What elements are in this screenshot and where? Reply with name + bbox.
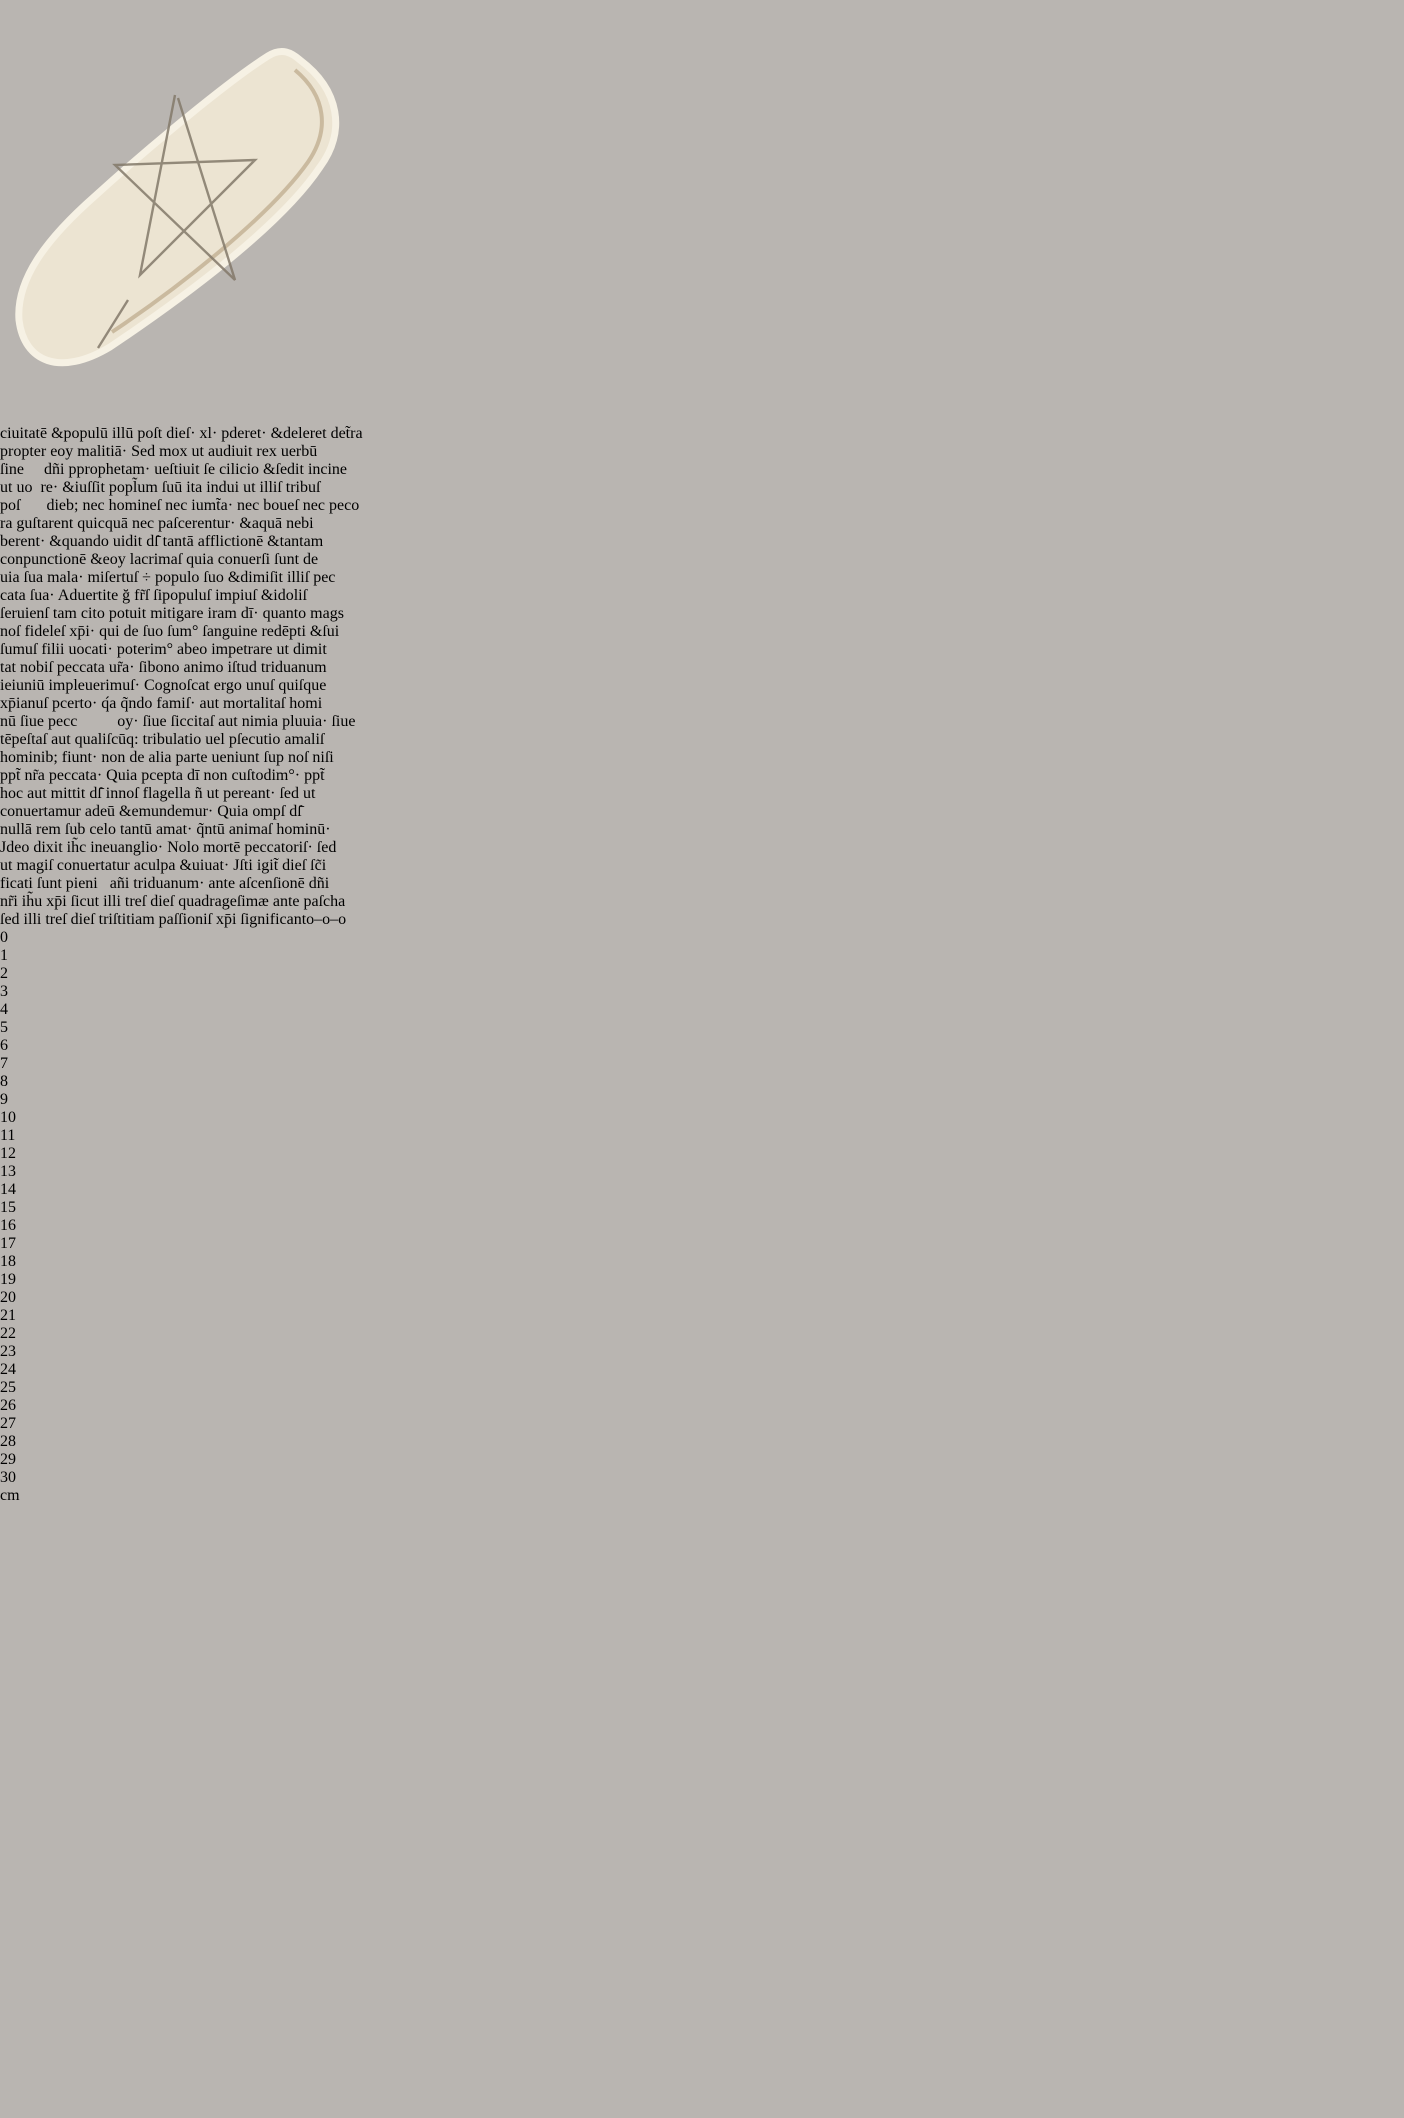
rubricated-letter: S (131, 443, 140, 460)
text-block: ciuitatē &populū illū poſt dieſ· xl· pde… (0, 425, 1404, 929)
manuscript-text: hoc aut mittit dſ̄ innoſ flagella ñ ut p… (0, 785, 315, 802)
manuscript-text: ra guſtarent quicquā nec paſcerentur· &a… (0, 515, 314, 532)
manuscript-line: nr̃i ih̃u xp̄i ſicut illi treſ dieſ quad… (0, 893, 1404, 911)
ruler-number: 7 (0, 1055, 1404, 1073)
ruler-number: 10 (0, 1109, 1404, 1127)
manuscript-text: duertite ğ fr̃ſ ſipopuluſ impiuſ &idoliſ (69, 587, 307, 604)
manuscript-text: hominib; fiunt· non de alia parte ueniun… (0, 749, 334, 766)
manuscript-line: ſeruienſ tam cito potuit mitigare iram d… (0, 605, 1404, 623)
hole-torn-edge (19, 51, 336, 362)
ruler-number: 29 (0, 1451, 1404, 1469)
rubricated-letter: C (144, 677, 155, 694)
ruler-number: 5 (0, 1019, 1404, 1037)
ruler-number: 28 (0, 1433, 1404, 1451)
manuscript-line: berent· &quando uidit dſ̄ tantā afflicti… (0, 533, 1404, 551)
manuscript-text: ut uo (0, 479, 32, 496)
manuscript-text: ſti igit̃ dieſ ſc̃i (239, 857, 326, 874)
ruler-number: 21 (0, 1307, 1404, 1325)
manuscript-line: ppt̃ nr̃a peccata· Quia pcepta dī non cu… (0, 767, 1404, 785)
ruler-number: 20 (0, 1289, 1404, 1307)
manuscript-text: ciuitatē &populū illū poſt dieſ· xl· pde… (0, 425, 363, 442)
manuscript-text: ſine (0, 461, 24, 478)
manuscript-line: ſed illi treſ dieſ triſtitiam paſſioniſ … (0, 911, 1404, 929)
manuscript-line: nullā rem ſub celo tantū amat· q̃ntū ani… (0, 821, 1404, 839)
ruler-number: 0 (0, 929, 1404, 947)
ruler-number: 1 (0, 947, 1404, 965)
ruler-number: 18 (0, 1253, 1404, 1271)
manuscript-text: nullā rem ſub celo tantū amat· q̃ntū ani… (0, 821, 331, 838)
ruler-number: 19 (0, 1271, 1404, 1289)
manuscript-text: añi triduanum· ante aſcenſionē dñi (110, 875, 329, 892)
manuscript-text: uia pcepta dī non cuſtodim°· ppt̃ (118, 767, 325, 784)
manuscript-line: poſdieb; nec homineſ nec iumt̃a· nec bou… (0, 497, 1404, 515)
ruler-number: 23 (0, 1343, 1404, 1361)
manuscript-text: ficati ſunt pieni (0, 875, 98, 892)
ruler-number: 8 (0, 1073, 1404, 1091)
ruler-number: 25 (0, 1379, 1404, 1397)
ruler-unit-label: cm (0, 1487, 1404, 1505)
ruler-number: 22 (0, 1325, 1404, 1343)
manuscript-text: oy· ſiue ſiccitaſ aut nimia pluuia· ſiue (117, 713, 355, 730)
manuscript-text: ſed illi treſ dieſ triſtitiam paſſioniſ … (0, 911, 306, 928)
manuscript-text: cata ſua· (0, 587, 58, 604)
ruler-number: 17 (0, 1235, 1404, 1253)
ruler-number: 27 (0, 1415, 1404, 1433)
manuscript-line: ciuitatē &populū illū poſt dieſ· xl· pde… (0, 425, 1404, 443)
photo-backdrop: ciuitatē &populū illū poſt dieſ· xl· pde… (0, 0, 1404, 2118)
manuscript-line: propter eoy malitiā· Sed mox ut audiuit … (0, 443, 1404, 461)
ruler-number: 11 (0, 1127, 1404, 1145)
manuscript-line: ſumuſ filii uocati· poterim° abeo impetr… (0, 641, 1404, 659)
manuscript-line: ſinedñi pprophetam· ueſtiuit ſe cilicio … (0, 461, 1404, 479)
manuscript-line: tat nobiſ peccata ur̃a· ſibono animo iſt… (0, 659, 1404, 677)
manuscript-text: dñi pprophetam· ueſtiuit ſe cilicio &ſed… (44, 461, 347, 478)
ruler-number: 4 (0, 1001, 1404, 1019)
manuscript-line: tēpeſtaſ aut qualiſcūq: tribulatio uel p… (0, 731, 1404, 749)
manuscript-line: conuertamur adeū &emundemur· Quia ompſ d… (0, 803, 1404, 821)
manuscript-text: ut magiſ conuertatur aculpa &uiuat· (0, 857, 233, 874)
manuscript-line: xp̄ianuſ pcerto· q́a q̃ndo famiſ· aut mo… (0, 695, 1404, 713)
rubricated-letter: o–o–o (306, 911, 346, 928)
ruler-number: 13 (0, 1163, 1404, 1181)
manuscript-line: hoc aut mittit dſ̄ innoſ flagella ñ ut p… (0, 785, 1404, 803)
ruler-number: 16 (0, 1217, 1404, 1235)
manuscript-text: ognoſcat ergo unuſ quiſque (155, 677, 327, 694)
ruler-number: 14 (0, 1181, 1404, 1199)
ruler-number: 3 (0, 983, 1404, 1001)
manuscript-text: ieiuniū impleuerimuſ· (0, 677, 144, 694)
manuscript-line: ficati ſunt pieniañi triduanum· ante aſc… (0, 875, 1404, 893)
manuscript-text: dieb; nec homineſ nec iumt̃a· nec boueſ … (46, 497, 359, 514)
manuscript-text: tat nobiſ peccata ur̃a· ſibono animo iſt… (0, 659, 327, 676)
manuscript-line: ut magiſ conuertatur aculpa &uiuat· Jſti… (0, 857, 1404, 875)
manuscript-text: conuertamur adeū &emundemur· Quia ompſ d… (0, 803, 302, 820)
manuscript-text: propter eoy malitiā· (0, 443, 131, 460)
ruler-number: 12 (0, 1145, 1404, 1163)
manuscript-line: nū ſiue peccoy· ſiue ſiccitaſ aut nimia … (0, 713, 1404, 731)
ruler-number: 24 (0, 1361, 1404, 1379)
manuscript-text: ed mox ut audiuit rex uerbū (140, 443, 317, 460)
manuscript-text: xp̄ianuſ pcerto· q́a q̃ndo famiſ· aut mo… (0, 695, 322, 712)
manuscript-text: poſ (0, 497, 20, 514)
manuscript-text: re· &iuſſit popl̃um ſuū ita indui ut ill… (40, 479, 320, 496)
manuscript-line: hominib; fiunt· non de alia parte ueniun… (0, 749, 1404, 767)
ruler-number: 30 (0, 1469, 1404, 1487)
manuscript-text: ſeruienſ tam cito potuit mitigare iram d… (0, 605, 344, 622)
manuscript-text: nr̃i ih̃u xp̄i ſicut illi treſ dieſ quad… (0, 893, 345, 910)
ruler-number: 2 (0, 965, 1404, 983)
manuscript-line: uia ſua mala· miſertuſ ÷ populo ſuo &dim… (0, 569, 1404, 587)
manuscript-line: noſ fideleſ xp̄i· qui de ſuo ſum° ſangui… (0, 623, 1404, 641)
manuscript-text: noſ fideleſ xp̄i· qui de ſuo ſum° ſangui… (0, 623, 339, 640)
manuscript-line: Jdeo dixit ih̃c ineuanglio· Nolo mortē p… (0, 839, 1404, 857)
manuscript-text: berent· &quando uidit dſ̄ tantā afflicti… (0, 533, 323, 550)
manuscript-text: conpunctionē &eoy lacrimaſ quia conuerſi… (0, 551, 318, 568)
parchment-hole (0, 0, 380, 420)
rubricated-letter: A (58, 587, 70, 604)
ruler: 0123456789101112131415161718192021222324… (0, 929, 1404, 1505)
manuscript-line: ieiuniū impleuerimuſ· Cognoſcat ergo unu… (0, 677, 1404, 695)
manuscript-text: ſumuſ filii uocati· poterim° abeo impetr… (0, 641, 327, 658)
ruler-number: 15 (0, 1199, 1404, 1217)
manuscript-text: uia ſua mala· miſertuſ ÷ populo ſuo &dim… (0, 569, 335, 586)
rubricated-letter: Q (106, 767, 118, 784)
manuscript-line: conpunctionē &eoy lacrimaſ quia conuerſi… (0, 551, 1404, 569)
manuscript-text: ppt̃ nr̃a peccata· (0, 767, 106, 784)
ruler-number: 6 (0, 1037, 1404, 1055)
manuscript-line: cata ſua· Aduertite ğ fr̃ſ ſipopuluſ imp… (0, 587, 1404, 605)
manuscript-line: ut uore· &iuſſit popl̃um ſuū ita indui u… (0, 479, 1404, 497)
ruler-number: 9 (0, 1091, 1404, 1109)
manuscript-text: nū ſiue pecc (0, 713, 77, 730)
manuscript-text: tēpeſtaſ aut qualiſcūq: tribulatio uel p… (0, 731, 324, 748)
manuscript-line: ra guſtarent quicquā nec paſcerentur· &a… (0, 515, 1404, 533)
manuscript-text: deo dixit ih̃c ineuanglio· Nolo mortē pe… (6, 839, 336, 856)
ruler-number: 26 (0, 1397, 1404, 1415)
